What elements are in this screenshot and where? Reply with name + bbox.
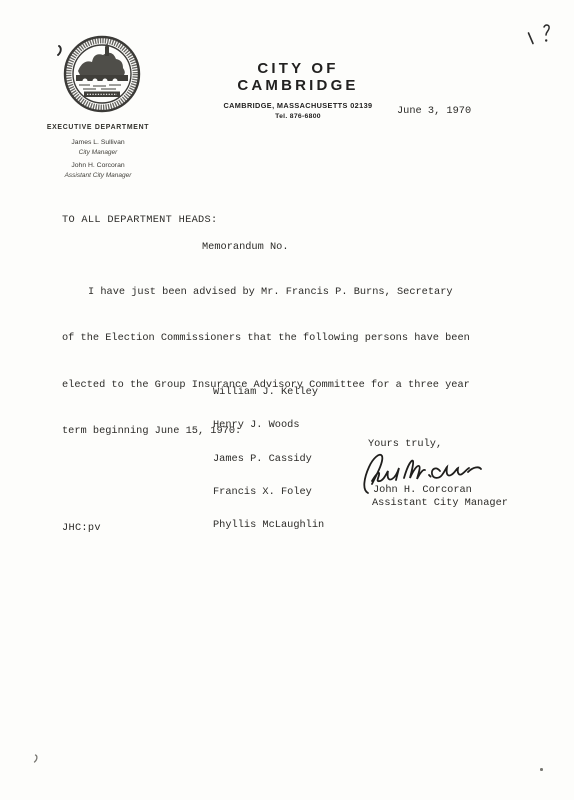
signer-title: Assistant City Manager <box>372 498 508 509</box>
executive-department-label: EXECUTIVE DEPARTMENT <box>28 124 168 132</box>
official-name: John H. Corcoran <box>28 162 168 170</box>
memo-number-label: Memorandum No. <box>202 242 289 253</box>
committee-member: James P. Cassidy <box>213 454 324 465</box>
letterhead: CITY OF CAMBRIDGE CAMBRIDGE, MASSACHUSET… <box>205 60 391 121</box>
committee-member: Phyllis McLaughlin <box>213 520 324 531</box>
city-seal-icon <box>62 34 142 114</box>
salutation: TO ALL DEPARTMENT HEADS: <box>62 215 218 226</box>
committee-member: Francis X. Foley <box>213 487 324 498</box>
official-entry: John H. Corcoran Assistant City Manager <box>28 162 168 180</box>
scan-speck <box>540 768 543 771</box>
official-title: City Manager <box>28 149 168 157</box>
memo-page: CITY OF CAMBRIDGE CAMBRIDGE, MASSACHUSET… <box>0 0 574 800</box>
committee-member: William J. Kelley <box>213 387 324 398</box>
letter-date: June 3, 1970 <box>397 106 471 117</box>
letterhead-phone: Tel. 876-6800 <box>205 113 391 121</box>
official-name: James L. Sullivan <box>28 139 168 147</box>
official-title: Assistant City Manager <box>28 172 168 180</box>
reference-initials: JHC:pv <box>62 523 101 534</box>
pen-mark-icon <box>33 753 41 764</box>
letterhead-address: CAMBRIDGE, MASSACHUSETTS 02139 <box>205 102 391 110</box>
paragraph-line: I have just been advised by Mr. Francis … <box>62 286 470 310</box>
committee-member-list: William J. Kelley Henry J. Woods James P… <box>213 365 324 553</box>
official-entry: James L. Sullivan City Manager <box>28 139 168 157</box>
letterhead-title: CITY OF CAMBRIDGE <box>205 60 391 94</box>
pen-mark-icon <box>541 23 553 47</box>
executive-department-block: EXECUTIVE DEPARTMENT James L. Sullivan C… <box>28 124 168 180</box>
paragraph-line: of the Election Commissioners that the f… <box>62 332 470 356</box>
signer-name: John H. Corcoran <box>373 485 472 496</box>
pen-mark-icon <box>526 31 536 46</box>
committee-member: Henry J. Woods <box>213 420 324 431</box>
